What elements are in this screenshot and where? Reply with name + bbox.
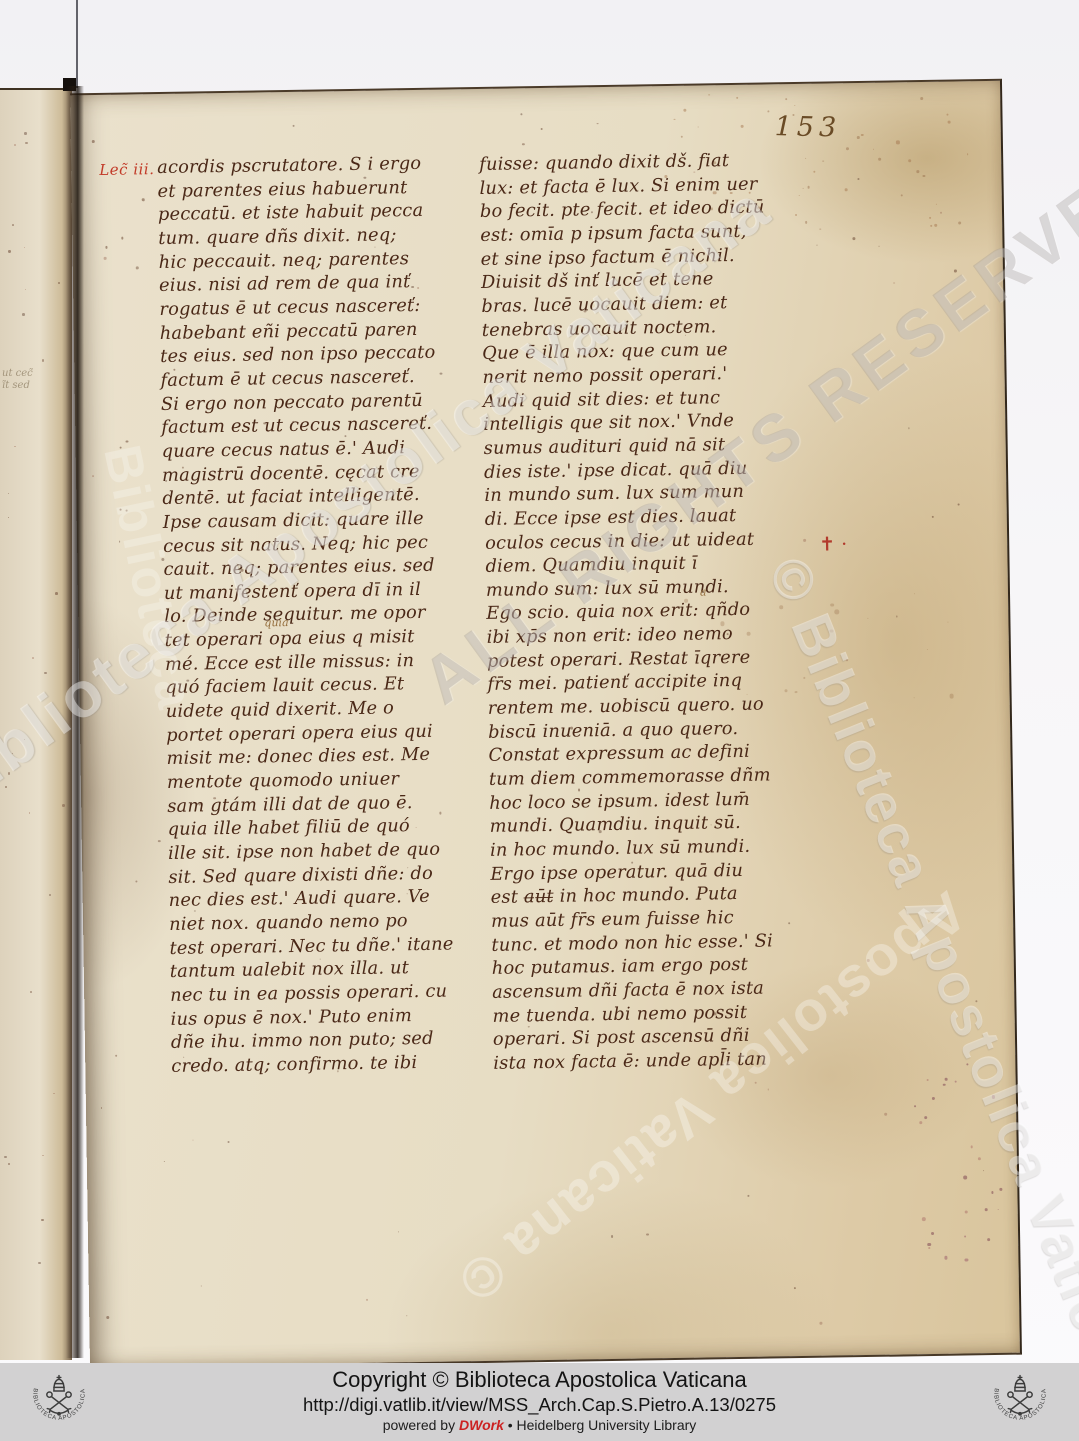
vatican-seal-icon: BIBLIOTECA APOSTOLICA VATICANA (26, 1369, 92, 1435)
parchment-speckle (55, 592, 58, 595)
facing-page-edge (0, 88, 72, 1360)
svg-text:BIBLIOTECA APOSTOLICA VATICANA: BIBLIOTECA APOSTOLICA VATICANA (987, 1369, 1048, 1422)
parchment-speckle (12, 224, 14, 226)
parchment-speckle (799, 195, 801, 197)
parchment-speckle (119, 509, 121, 511)
parchment-speckle (49, 894, 51, 896)
parchment-speckle (25, 289, 27, 291)
parchment-speckle (845, 189, 848, 192)
logo-ring-text: BIBLIOTECA APOSTOLICA VATICANA (26, 1369, 87, 1422)
manuscript-line: nec dies est.' Audi quare. Ve (169, 885, 455, 913)
parchment-speckle (884, 1113, 887, 1116)
parchment-speckle (930, 225, 932, 227)
svg-text:BIBLIOTECA APOSTOLICA VATICANA: BIBLIOTECA APOSTOLICA VATICANA (26, 1369, 87, 1422)
manuscript-line: sam gtám illi dat de quo ē. (167, 790, 453, 818)
parchment-speckle (58, 282, 60, 284)
parchment-speckle (914, 593, 915, 594)
parchment-speckle (970, 1145, 973, 1148)
parchment-speckle (964, 1235, 966, 1237)
parchment-speckle (522, 143, 524, 145)
parchment-speckle (807, 186, 809, 188)
parchment-speckle (748, 1195, 750, 1197)
parchment-speckle (292, 125, 294, 127)
parchment-speckle (928, 1247, 930, 1249)
parchment-speckle (767, 110, 769, 112)
parchment-speckle (53, 1093, 54, 1094)
parchment-speckle (932, 516, 934, 518)
parchment-speckle (4, 1156, 7, 1159)
parchment-page: 153 Lec̃ iii. acordis pscrutatore. S i e… (70, 79, 1022, 1369)
red-cross-mark: ✝ · (819, 533, 847, 555)
parchment-speckle (795, 214, 797, 216)
parchment-speckle (908, 428, 910, 430)
parchment-speckle (987, 1238, 991, 1242)
parchment-speckle (997, 1209, 999, 1211)
vatican-library-logo-right: BIBLIOTECA APOSTOLICA VATICANA (987, 1369, 1053, 1435)
parchment-speckle (945, 1078, 948, 1081)
parchment-speckle (835, 610, 839, 614)
parchment-speckle (955, 1080, 957, 1082)
parchment-speckle (958, 221, 961, 224)
parchment-speckle (200, 1285, 201, 1286)
parchment-speckle (830, 603, 834, 607)
manuscript-line: nec tu in ea possis operari. cu (170, 979, 456, 1007)
parchment-speckle (846, 659, 849, 662)
parchment-speckle (788, 923, 790, 925)
parchment-speckle (805, 158, 806, 159)
parchment-speckle (804, 677, 806, 679)
parchment-speckle (822, 160, 824, 162)
parchment-speckle (62, 804, 65, 807)
parchment-speckle (927, 649, 928, 650)
parchment-speckle (917, 170, 919, 172)
parchment-speckle (893, 282, 895, 284)
vatican-library-logo-left: BIBLIOTECA APOSTOLICA VATICANA (26, 1369, 92, 1435)
interlinear-gloss-quia: quia (264, 616, 288, 629)
parchment-speckle (948, 621, 949, 622)
manuscript-column-left: acordis pscrutatore. S i ergoet parentes… (157, 152, 457, 1079)
manuscript-line: ista nox facta ē: unde apl̄i tan (493, 1047, 789, 1075)
parchment-speckle (914, 697, 915, 698)
folio-number: 153 (774, 111, 841, 143)
parchment-speckle (30, 991, 32, 993)
manuscript-url: http://digi.vatlib.it/view/MSS_Arch.Cap.… (303, 1393, 776, 1416)
parchment-speckle (520, 114, 522, 116)
parchment-speckle (5, 786, 7, 788)
parchment-speckle (943, 1083, 946, 1086)
parchment-speckle (927, 1243, 931, 1247)
manuscript-line: et sine ipso factum ē nichil. (481, 243, 777, 271)
parchment-speckle (14, 144, 16, 146)
footer-bar: BIBLIOTECA APOSTOLICA VATICANA Copyright… (0, 1363, 1079, 1441)
parchment-speckle (802, 187, 804, 189)
manuscript-line: test operari. Nec tu dñe.' itane (169, 932, 455, 960)
parchment-speckle (908, 159, 911, 162)
parchment-speckle (741, 125, 744, 128)
parchment-speckle (8, 1163, 10, 1165)
logo-ring-text: BIBLIOTECA APOSTOLICA VATICANA (987, 1369, 1048, 1422)
parchment-speckle (999, 1188, 1002, 1191)
parchment-speckle (927, 1079, 929, 1081)
vatican-seal-icon: BIBLIOTECA APOSTOLICA VATICANA (987, 1369, 1053, 1435)
gutter-shadow (66, 86, 84, 1358)
parchment-speckle (896, 616, 897, 617)
parchment-speckle (398, 1231, 399, 1232)
parchment-speckle (873, 148, 874, 149)
parchment-speckle (708, 94, 709, 95)
parchment-speckle (944, 1256, 948, 1260)
parchment-speckle (674, 119, 675, 120)
parchment-speckle (795, 691, 798, 694)
parchment-speckle (104, 257, 106, 259)
parchment-speckle (25, 142, 27, 144)
parchment-speckle (683, 109, 686, 112)
parchment-speckle (92, 475, 94, 477)
parchment-speckle (697, 127, 698, 128)
parchment-speckle (44, 672, 46, 674)
parchment-speckle (846, 147, 849, 150)
parchment-speckle (861, 134, 864, 137)
parchment-speckle (142, 199, 145, 202)
manuscript-photo-page: ut cec̃ ĩt sed 153 Lec̃ iii. acordis psc… (0, 0, 1079, 1441)
parchment-speckle (22, 313, 25, 316)
footer-text-block: Copyright © Biblioteca Apostolica Vatica… (303, 1367, 776, 1434)
parchment-speckle (119, 446, 121, 448)
parchment-speckle (991, 1191, 994, 1194)
parchment-speckle (896, 141, 899, 144)
manuscript-line: misit me: donec dies est. Me (166, 743, 452, 771)
parchment-speckle (901, 195, 903, 197)
copyright-text: Copyright © Biblioteca Apostolica Vatica… (303, 1367, 776, 1393)
parchment-speckle (879, 158, 882, 161)
parchment-speckle (867, 618, 869, 620)
interlinear-gloss-a: a (700, 585, 707, 598)
parchment-speckle (857, 178, 859, 180)
parchment-speckle (965, 1258, 968, 1261)
parchment-speckle (754, 1082, 756, 1084)
parchment-speckle (29, 812, 30, 813)
parchment-speckle (985, 1208, 988, 1211)
parchment-speckle (646, 1233, 649, 1236)
parchment-speckle (611, 1235, 614, 1238)
manuscript-line: oculos cecus in die: ut uideat (485, 527, 781, 555)
parchment-speckle (192, 1140, 193, 1141)
parchment-speckle (919, 1122, 922, 1125)
parchment-speckle (931, 1232, 934, 1235)
parchment-speckle (541, 128, 543, 130)
parchment-speckle (879, 246, 880, 247)
parchment-speckle (977, 1158, 980, 1161)
parchment-speckle (830, 629, 833, 632)
parchment-speckle (135, 880, 137, 882)
parchment-speckle (803, 539, 806, 542)
parchment-speckle (983, 1170, 984, 1171)
parchment-speckle (965, 1210, 968, 1213)
parchment-speckle (948, 121, 951, 124)
parchment-speckle (958, 504, 960, 506)
parchment-speckle (158, 840, 161, 843)
gutter-marginal-note: ut cec̃ ĩt sed (2, 368, 33, 392)
parchment-speckle (41, 1219, 43, 1221)
parchment-speckle (101, 1107, 102, 1108)
parchment-speckle (407, 1315, 408, 1316)
parchment-speckle (934, 224, 937, 227)
dwork-brand: DWork (459, 1417, 504, 1433)
parchment-speckle (115, 1055, 117, 1057)
parchment-speckle (136, 266, 139, 269)
parchment-speckle (793, 1287, 796, 1290)
parchment-speckle (14, 446, 16, 448)
parchment-speckle (784, 689, 788, 693)
parchment-speckle (8, 517, 9, 518)
parchment-speckle (946, 113, 948, 115)
parchment-speckle (920, 97, 923, 100)
parchment-speckle (42, 359, 44, 361)
parchment-speckle (924, 1116, 927, 1119)
parchment-speckle (820, 1322, 822, 1324)
manuscript-line: peccatū. et iste habuit pecca (158, 199, 444, 227)
parchment-speckle (949, 694, 954, 699)
parchment-speckle (12, 753, 13, 754)
powered-prefix: powered by (383, 1417, 459, 1433)
manuscript-column-right: fuisse: quando dixit dš. fiatlux: et fac… (479, 148, 789, 1075)
parchment-speckle (923, 175, 926, 178)
book-spine-line (76, 0, 78, 88)
parchment-speckle (106, 1316, 109, 1319)
parchment-speckle (8, 772, 11, 775)
parchment-speckle (939, 211, 942, 214)
parchment-speckle (42, 1155, 44, 1157)
parchment-speckle (597, 123, 599, 125)
parchment-speckle (805, 221, 808, 224)
parchment-speckle (121, 237, 123, 239)
parchment-speckle (813, 171, 815, 173)
powered-suffix: • Heidelberg University Library (504, 1417, 696, 1433)
parchment-speckle (24, 247, 25, 248)
parchment-speckle (816, 244, 817, 245)
parchment-speckle (119, 541, 120, 542)
parchment-speckle (785, 98, 787, 100)
parchment-speckle (24, 739, 25, 740)
parchment-speckle (126, 510, 128, 512)
manuscript-line: rentem me. uobiscū quero. uo (488, 692, 784, 720)
parchment-speckle (32, 657, 34, 659)
parchment-speckle (967, 154, 969, 156)
parchment-speckle (921, 1217, 925, 1221)
parchment-speckle (38, 1262, 40, 1264)
parchment-speckle (767, 1089, 768, 1090)
parchment-speckle (126, 440, 129, 443)
parchment-speckle (681, 135, 684, 138)
parchment-speckle (24, 132, 26, 134)
powered-by-text: powered by DWork • Heidelberg University… (303, 1416, 776, 1434)
parchment-speckle (852, 237, 855, 240)
parchment-speckle (736, 96, 738, 98)
parchment-speckle (966, 1064, 968, 1066)
parchment-speckle (929, 217, 931, 219)
parchment-speckle (914, 1105, 916, 1107)
parchment-speckle (8, 250, 10, 252)
parchment-speckle (820, 229, 821, 230)
parchment-speckle (954, 270, 956, 272)
parchment-speckle (935, 204, 936, 205)
manuscript-line: credo. atq; confirmo. te ibi (171, 1050, 457, 1078)
parchment-speckle (976, 1000, 978, 1002)
parchment-speckle (931, 1097, 934, 1100)
manuscript-line: Ego scio. quia nox erit: qñdo (486, 598, 782, 626)
parchment-speckle (867, 959, 870, 962)
parchment-speckle (963, 1175, 967, 1179)
parchment-speckle (91, 140, 94, 143)
parchment-speckle (992, 1095, 996, 1099)
parchment-speckle (105, 246, 108, 249)
parchment-speckle (228, 1141, 230, 1143)
parchment-speckle (794, 105, 795, 106)
lection-rubric: Lec̃ iii. (99, 160, 154, 179)
parchment-speckle (366, 1299, 368, 1301)
parchment-speckle (164, 1161, 165, 1162)
parchment-speckle (8, 493, 9, 494)
parchment-speckle (857, 136, 860, 139)
